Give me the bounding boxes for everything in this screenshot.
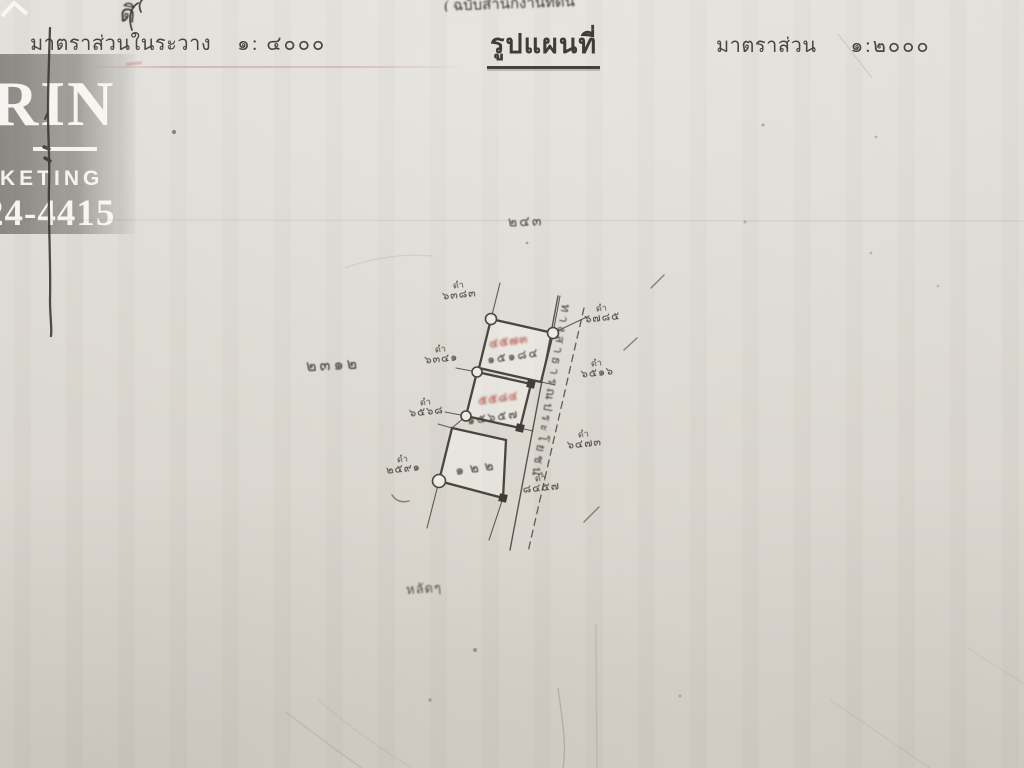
handwritten-note: หลัดๆ (405, 577, 442, 600)
sheet-number-annotation: ๒๔๓ (508, 210, 544, 233)
cadastral-plan-drawing (0, 0, 1024, 768)
adjacent-parcel-annotation: ๒๓๑๒ (305, 352, 360, 380)
pencil-stroke (44, 0, 144, 336)
scanned-land-deed-page: ดิ ( ฉบับสำนักงานที่ดิน มาตราส่วนในระวาง… (0, 0, 1024, 768)
